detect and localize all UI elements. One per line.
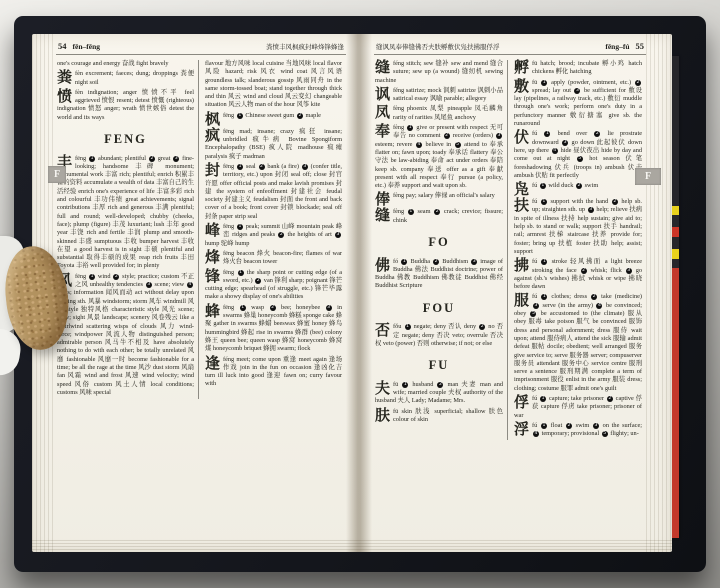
thumb-tab-left: F bbox=[48, 166, 66, 183]
page-edges-right bbox=[646, 34, 672, 552]
sense-number: 2 bbox=[433, 259, 439, 265]
sense-number: 3 bbox=[593, 423, 599, 429]
headword-character: 疯 bbox=[205, 129, 220, 144]
sense-number: 2 bbox=[566, 423, 572, 429]
sense-number: 2 bbox=[278, 232, 284, 238]
entry-text: fú 1 bend over 2 lie prostrate downward … bbox=[514, 130, 642, 178]
sense-number: 1 bbox=[540, 183, 546, 189]
stripe-segment bbox=[672, 249, 679, 259]
headword-character: 伏 bbox=[514, 131, 529, 146]
section-heading: FOU bbox=[375, 300, 503, 317]
sense-number: 2 bbox=[444, 133, 450, 139]
thumb-tab-right: F bbox=[635, 168, 661, 185]
dictionary-entry: 凤fèng phoenix 凤梨 pineapple 凤毛麟角 rarity o… bbox=[375, 105, 503, 122]
headword-character: 否 bbox=[375, 324, 390, 339]
headword-character: 锋 bbox=[205, 270, 220, 285]
entry-text: fèn indignation; anger 愤愤不平 feel aggriev… bbox=[57, 89, 194, 121]
fore-edge-stripe bbox=[672, 56, 679, 538]
headword-character: 缝 bbox=[375, 209, 390, 224]
headword-character: 俘 bbox=[514, 396, 529, 411]
right-header-characters: 缝讽凤奉俸缝佛否夫肤孵敷伏凫扶拂服俘浮 bbox=[376, 42, 500, 51]
right-page: 缝讽凤奉俸缝佛否夫肤孵敷伏凫扶拂服俘浮 fēng–fú 55 缝féng sti… bbox=[374, 40, 646, 540]
sense-number: 1 bbox=[541, 199, 547, 205]
sense-number: 1 bbox=[402, 382, 408, 388]
entry-text: one's courage and energy 奋战 fight bravel… bbox=[57, 60, 169, 67]
entry-text: fēng 1 abundant; plentiful 2 great 3 fin… bbox=[57, 155, 194, 270]
left-header-characters: 粪愤丰风枫疯封峰烽锋蜂逢 bbox=[266, 42, 344, 51]
sense-number: 3 bbox=[173, 156, 179, 162]
left-page-columns: one's courage and energy 奋战 fight bravel… bbox=[56, 60, 346, 399]
sense-number: 2 bbox=[581, 268, 587, 274]
headword-character: 凤 bbox=[375, 106, 390, 121]
entry-text: fēng mad; insane; crazy 疯狂 insane; unbri… bbox=[205, 128, 342, 160]
sense-number: 2 bbox=[149, 156, 155, 162]
sense-number: 1 bbox=[405, 324, 411, 330]
sense-number: 2 bbox=[635, 80, 641, 86]
sense-number: 2 bbox=[612, 199, 618, 205]
stripe-segment bbox=[672, 268, 679, 538]
dictionary-entry: 孵fū hatch; brood; incubate 孵小鸡 hatch chi… bbox=[514, 60, 642, 77]
thumb-tab-left-label: F bbox=[54, 169, 60, 180]
dictionary-entry: 粪fèn excrement; faeces; dung; droppings … bbox=[57, 70, 194, 87]
right-header-range: fēng–fú bbox=[605, 42, 629, 51]
left-page-column-1: one's courage and energy 奋战 fight bravel… bbox=[56, 60, 198, 399]
entry-text: flavour 地方风味 local cuisine 当地风味 local fl… bbox=[205, 60, 342, 108]
section-heading: FENG bbox=[57, 131, 194, 148]
headword-character: 烽 bbox=[205, 251, 220, 266]
entry-text: fú 1 capture; take prisoner 2 captive 俘获… bbox=[514, 395, 642, 419]
headword-character: 夫 bbox=[375, 382, 390, 397]
left-page: 54 fēn–fēng 粪愤丰风枫疯封峰烽锋蜂逢 one's courage a… bbox=[56, 40, 346, 540]
dictionary-entry: 夫fū 1 husband 2 man 夫妻 man and wife; mar… bbox=[375, 381, 503, 406]
stripe-segment bbox=[672, 237, 679, 249]
continuation-text: flavour 地方风味 local cuisine 当地风味 local fl… bbox=[205, 60, 342, 110]
dictionary-entry: 奉fèng 1 give or present with respect 无可奉… bbox=[375, 124, 503, 190]
page-block: 54 fēn–fēng 粪愤丰风枫疯封峰烽锋蜂逢 one's courage a… bbox=[32, 34, 672, 552]
headword-character: 肤 bbox=[375, 409, 390, 424]
left-page-column-2: flavour 地方风味 local cuisine 当地风味 local fl… bbox=[198, 60, 346, 399]
stripe-segment bbox=[672, 215, 679, 227]
headword-character: 俸 bbox=[375, 193, 390, 208]
dictionary-entry: 服fú 1 clothes; dress 2 take (medicine) 3… bbox=[514, 293, 642, 393]
sense-number: 1 bbox=[401, 259, 407, 265]
sense-number: 1 bbox=[237, 224, 243, 230]
left-header-range: fēn–fēng bbox=[73, 42, 101, 51]
sense-number: 2 bbox=[270, 305, 276, 311]
sense-number: 3 bbox=[626, 268, 632, 274]
entry-text: fèng pay; salary 俸禄 an official's salary bbox=[393, 192, 495, 199]
dictionary-book: 54 fēn–fēng 粪愤丰风枫疯封峰烽锋蜂逢 one's courage a… bbox=[14, 16, 706, 572]
entry-text: fèng phoenix 凤梨 pineapple 凤毛麟角 rarity of… bbox=[393, 105, 503, 120]
right-page-number: 55 bbox=[636, 41, 645, 51]
right-page-columns: 缝féng stitch; sew 缝补 sew and mend 缝合 sut… bbox=[374, 60, 646, 440]
sense-number: 5 bbox=[577, 156, 583, 162]
sense-number: 2 bbox=[591, 294, 597, 300]
sense-number: 3 bbox=[335, 232, 341, 238]
sense-number: 2 bbox=[113, 274, 119, 280]
sense-number: 5 bbox=[455, 142, 461, 148]
headword-character: 粪 bbox=[57, 71, 72, 86]
sense-number: 5 bbox=[530, 311, 536, 317]
dictionary-entry: 佛fó 1 Buddha 2 Buddhism 3 image of Buddh… bbox=[375, 258, 503, 291]
dictionary-entry: 肤fū skin 肤浅 superficial; shallow 肤色 colo… bbox=[375, 408, 503, 425]
sense-number: 1 bbox=[541, 294, 547, 300]
entry-text: fēng 1 seal 2 bank (a fire) 3 (confer ti… bbox=[205, 163, 342, 220]
headword-character: 浮 bbox=[514, 423, 529, 438]
dictionary-entry: 愤fèn indignation; anger 愤愤不平 feel aggrie… bbox=[57, 89, 194, 122]
entry-text: fēng 1 wasp 2 bee; honeybee 3 in swarms … bbox=[205, 304, 342, 352]
sense-number: 3 bbox=[588, 207, 594, 213]
dictionary-entry: 烽fēng beacon 烽火 beacon-fire; flames of w… bbox=[205, 250, 342, 267]
dictionary-entry: 敷fū 1 apply (powder, ointment, etc.) 2 s… bbox=[514, 79, 642, 129]
headword-character: 拂 bbox=[514, 259, 529, 274]
entry-text: fèn excrement; faeces; dung; droppings 粪… bbox=[75, 70, 194, 85]
entry-text: fēng 1 peak; summit 山峰 mountain peak 峰峦 … bbox=[205, 223, 342, 247]
entry-text: fēng 1 the sharp point or cutting edge (… bbox=[205, 269, 342, 301]
dictionary-entry: 锋fēng 1 the sharp point or cutting edge … bbox=[205, 269, 342, 302]
right-page-column-1: 缝féng stitch; sew 缝补 sew and mend 缝合 sut… bbox=[374, 60, 507, 440]
entry-text: fèng 1 seam 2 crack; crevice; fissure; c… bbox=[393, 208, 503, 223]
headword-character: 逢 bbox=[205, 357, 220, 372]
book-gutter-shadow bbox=[346, 34, 372, 552]
sense-number: 3 bbox=[496, 133, 502, 139]
dictionary-entry: 否fǒu 1 negate; deny 否认 deny 2 no 否定 nega… bbox=[375, 323, 503, 348]
dictionary-entry: 讽fěng satirize; mock 讽刺 satirize 讽刺小品 sa… bbox=[375, 87, 503, 104]
entry-text: féng meet; come upon 重逢 meet again 逢场作戏 … bbox=[205, 356, 342, 388]
right-page-header: 缝讽凤奉俸缝佛否夫肤孵敷伏凫扶拂服俘浮 fēng–fú 55 bbox=[374, 40, 646, 55]
dictionary-entry: 峰fēng 1 peak; summit 山峰 mountain peak 峰峦… bbox=[205, 223, 342, 248]
sense-number: 3 bbox=[146, 282, 152, 288]
sense-number: 1 bbox=[89, 274, 95, 280]
entry-text: fěng satirize; mock 讽刺 satirize 讽刺小品 sat… bbox=[393, 87, 503, 102]
headword-character: 枫 bbox=[205, 113, 220, 128]
stripe-segment bbox=[672, 259, 679, 268]
sense-number: 5 bbox=[602, 431, 608, 437]
stripe-segment bbox=[672, 206, 679, 215]
headword-character: 愤 bbox=[57, 90, 72, 105]
dictionary-entry: 浮fú 1 float 2 swim 3 on the surface; 4 t… bbox=[514, 422, 642, 439]
section-heading: FO bbox=[375, 234, 503, 251]
thumb-tab-right-label: F bbox=[645, 171, 651, 182]
sense-number: 1 bbox=[540, 396, 546, 402]
headword-character: 扶 bbox=[514, 199, 529, 214]
dictionary-entry: 缝féng stitch; sew 缝补 sew and mend 缝合 sut… bbox=[375, 60, 503, 85]
dictionary-entry: 俘fú 1 capture; take prisoner 2 captive 俘… bbox=[514, 395, 642, 420]
sense-number: 1 bbox=[238, 270, 244, 276]
sense-number: 1 bbox=[544, 131, 550, 137]
sense-number: 1 bbox=[541, 423, 547, 429]
sense-number: 2 bbox=[297, 113, 303, 119]
sense-number: 4 bbox=[533, 431, 539, 437]
headword-character: 服 bbox=[514, 294, 529, 309]
entry-text: fú 1 float 2 swim 3 on the surface; 4 te… bbox=[532, 422, 642, 437]
dictionary-entry: 枫fēng 1 Chinese sweet gum 2 maple bbox=[205, 112, 342, 120]
entry-text: fú 1 clothes; dress 2 take (medicine) 3 … bbox=[514, 293, 642, 391]
dictionary-entry: 凫fú 1 wild duck 2 swim bbox=[514, 182, 642, 190]
sense-number: 3 bbox=[471, 259, 477, 265]
entry-text: fū hatch; brood; incubate 孵小鸡 hatch chic… bbox=[532, 60, 642, 75]
headword-character: 峰 bbox=[205, 224, 220, 239]
sense-number: 3 bbox=[326, 305, 332, 311]
headword-character: 讽 bbox=[375, 88, 390, 103]
sense-number: 2 bbox=[607, 396, 613, 402]
dictionary-entry: 蜂fēng 1 wasp 2 bee; honeybee 3 in swarms… bbox=[205, 304, 342, 354]
left-page-number: 54 bbox=[58, 41, 67, 51]
headword-character: 奉 bbox=[375, 125, 390, 140]
stripe-segment bbox=[672, 227, 679, 237]
sense-number: 2 bbox=[259, 164, 265, 170]
headword-character: 孵 bbox=[514, 61, 529, 76]
headword-character: 蜂 bbox=[205, 305, 220, 320]
dictionary-entry: 缝fèng 1 seam 2 crack; crevice; fissure; … bbox=[375, 208, 503, 225]
continuation-text: one's courage and energy 奋战 fight bravel… bbox=[57, 60, 194, 68]
sense-number: 2 bbox=[479, 324, 485, 330]
sense-number: 4 bbox=[416, 142, 422, 148]
dictionary-entry: 伏fú 1 bend over 2 lie prostrate downward… bbox=[514, 130, 642, 180]
sense-number: 2 bbox=[576, 183, 582, 189]
right-page-column-2: 孵fū hatch; brood; incubate 孵小鸡 hatch chi… bbox=[507, 60, 646, 440]
entry-text: fū 1 apply (powder, ointment, etc.) 2 sp… bbox=[514, 79, 642, 127]
sense-number: 1 bbox=[237, 113, 243, 119]
left-page-header: 54 fēn–fēng 粪愤丰风枫疯封峰烽锋蜂逢 bbox=[56, 40, 346, 55]
dictionary-entry: 拂fú 1 stroke 轻风拂面 a light breeze strokin… bbox=[514, 258, 642, 291]
sense-number: 1 bbox=[541, 80, 547, 86]
sense-number: 1 bbox=[240, 305, 246, 311]
entry-text: féng stitch; sew 缝补 sew and mend 缝合 sutu… bbox=[375, 60, 503, 84]
sense-number: 3 bbox=[533, 303, 539, 309]
sense-number: 3 bbox=[562, 140, 568, 146]
dictionary-entry: 俸fèng pay; salary 俸禄 an official's salar… bbox=[375, 192, 503, 200]
sense-number: 1 bbox=[408, 209, 414, 215]
sense-number: 4 bbox=[552, 148, 558, 154]
sense-number: 1 bbox=[89, 156, 95, 162]
dictionary-entry: 封fēng 1 seal 2 bank (a fire) 3 (confer t… bbox=[205, 163, 342, 221]
headword-character: 封 bbox=[205, 164, 220, 179]
stripe-segment bbox=[672, 56, 679, 206]
dictionary-entry: 逢féng meet; come upon 重逢 meet again 逢场作戏… bbox=[205, 356, 342, 389]
headword-character: 敷 bbox=[514, 80, 529, 95]
headword-character: 佛 bbox=[375, 259, 390, 274]
sense-number: 2 bbox=[255, 278, 261, 284]
sense-number: 1 bbox=[407, 125, 413, 131]
entry-text: fēng 1 wind 2 style; practice; custom 不正… bbox=[57, 273, 194, 396]
entry-text: fū 1 husband 2 man 夫妻 man and wife; marr… bbox=[375, 381, 503, 405]
entry-text: fēng beacon 烽火 beacon-fire; flames of wa… bbox=[223, 250, 342, 265]
dictionary-entry: 疯fēng mad; insane; crazy 疯狂 insane; unbr… bbox=[205, 128, 342, 161]
sense-number: 1 bbox=[237, 164, 243, 170]
section-heading: FU bbox=[375, 357, 503, 374]
entry-text: fó 1 Buddha 2 Buddhism 3 image of Buddha… bbox=[375, 258, 503, 290]
sense-number: 3 bbox=[574, 88, 580, 94]
dictionary-entry: 丰fēng 1 abundant; plentiful 2 great 3 fi… bbox=[57, 155, 194, 271]
sense-number: 4 bbox=[187, 282, 193, 288]
headword-character: 缝 bbox=[375, 61, 390, 76]
entry-text: fēng 1 Chinese sweet gum 2 maple bbox=[223, 112, 321, 119]
headword-character: 凫 bbox=[514, 183, 529, 198]
sense-number: 4 bbox=[596, 303, 602, 309]
dictionary-entry: 风fēng 1 wind 2 style; practice; custom 不… bbox=[57, 273, 194, 397]
entry-text: fū skin 肤浅 superficial; shallow 肤色 colou… bbox=[393, 408, 503, 423]
dictionary-entry: 扶fú 1 support with the hand 2 help sb. u… bbox=[514, 198, 642, 256]
entry-text: fú 1 wild duck 2 swim bbox=[532, 182, 598, 189]
sense-number: 1 bbox=[541, 259, 547, 265]
sense-number: 2 bbox=[437, 382, 443, 388]
sense-number: 2 bbox=[434, 209, 440, 215]
sense-number: 2 bbox=[594, 131, 600, 137]
entry-text: fú 1 support with the hand 2 help sb. up… bbox=[514, 198, 642, 255]
entry-text: fǒu 1 negate; deny 否认 deny 2 no 否定 negat… bbox=[375, 323, 503, 347]
entry-text: fú 1 stroke 轻风拂面 a light breeze stroking… bbox=[514, 258, 642, 290]
photo-scene: 54 fēn–fēng 粪愤丰风枫疯封峰烽锋蜂逢 one's courage a… bbox=[0, 0, 720, 588]
sense-number: 3 bbox=[302, 164, 308, 170]
entry-text: fèng 1 give or present with respect 无可奉告… bbox=[375, 124, 503, 189]
